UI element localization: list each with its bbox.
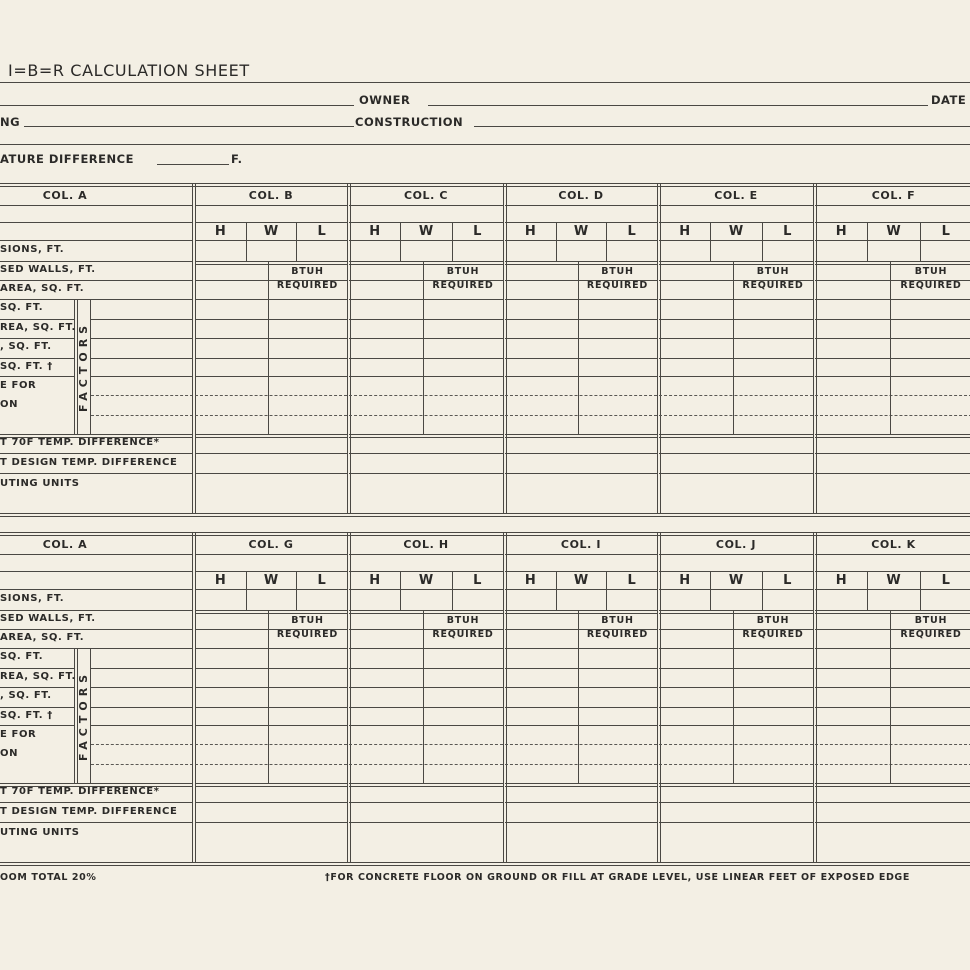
column-rule	[659, 589, 813, 590]
column-rule	[815, 434, 970, 438]
btuh-required-header: BTUHREQUIRED	[268, 265, 347, 293]
room-total-note: OOM TOTAL 20%	[0, 872, 96, 883]
row-label-heating-units: UTING UNITS	[0, 827, 80, 838]
column-rule	[659, 629, 733, 630]
column-rule	[815, 571, 970, 572]
required-label: REQUIRED	[733, 628, 813, 642]
btuh-label: BTUH	[578, 265, 657, 279]
column-rule	[815, 589, 970, 590]
temperature-difference-label: ATURE DIFFERENCE	[0, 152, 134, 166]
dimension-input-w[interactable]	[403, 242, 448, 258]
column-header: COL. E	[659, 189, 813, 202]
dimension-input-h[interactable]	[198, 591, 243, 607]
column-cold: COL. DHWLBTUHREQUIRED	[505, 183, 657, 513]
factor-rule	[91, 668, 193, 669]
col-a-rule	[0, 589, 193, 590]
column-rule	[815, 725, 970, 726]
hwl-divider	[296, 222, 297, 261]
column-header: COL. G	[195, 538, 347, 551]
row-label-area-sq-ft: REA, SQ. FT.	[0, 322, 76, 333]
column-rule	[815, 240, 970, 241]
column-header: COL. C	[349, 189, 503, 202]
dimension-header-w: W	[556, 573, 607, 588]
column-rule	[349, 280, 423, 281]
column-rule	[195, 358, 347, 359]
dimension-header-w: W	[867, 224, 919, 239]
hwl-divider	[710, 571, 711, 610]
dimension-input-h[interactable]	[508, 242, 553, 258]
dimension-input-w[interactable]	[870, 591, 916, 607]
column-rule	[349, 473, 503, 474]
dimension-header-w: W	[710, 224, 761, 239]
column-rule	[659, 338, 813, 339]
block-bottom-border	[0, 513, 970, 517]
column-rule	[815, 783, 970, 787]
column-rule	[505, 802, 657, 803]
column-rule	[815, 376, 970, 377]
col-a-rule	[0, 687, 74, 688]
column-dashed-rule	[659, 415, 813, 416]
factor-rule	[91, 725, 193, 726]
column-rule	[659, 473, 813, 474]
dimension-input-l[interactable]	[455, 242, 500, 258]
btuh-label: BTUH	[268, 265, 347, 279]
col-a-header: COL. A	[0, 538, 130, 551]
col-a-rule	[0, 222, 193, 223]
column-rule	[195, 299, 347, 300]
factor-dashed-rule	[91, 395, 193, 396]
btuh-required-header: BTUHREQUIRED	[733, 265, 813, 293]
col-a-rule	[0, 822, 193, 823]
dimension-input-h[interactable]	[662, 591, 707, 607]
column-rule	[659, 571, 813, 572]
column-rule	[349, 358, 503, 359]
column-rule	[505, 571, 657, 572]
btuh-label: BTUH	[890, 614, 970, 628]
column-rule	[349, 240, 503, 241]
dimension-header-l: L	[606, 573, 657, 588]
col-a-rule	[0, 358, 74, 359]
column-dashed-rule	[349, 395, 503, 396]
column-rule	[195, 434, 347, 438]
dimension-header-h: H	[349, 573, 400, 588]
dimension-input-h[interactable]	[662, 242, 707, 258]
col-a-rule	[0, 299, 193, 300]
dimension-header-h: H	[659, 573, 710, 588]
column-rule	[659, 725, 813, 726]
column-rule	[659, 205, 813, 206]
dimension-header-l: L	[606, 224, 657, 239]
row-label-sq-ft-2: , SQ. FT.	[0, 690, 52, 701]
column-rule	[505, 299, 657, 300]
column-rule	[815, 629, 890, 630]
date-label: DATE	[931, 93, 966, 107]
column-rule	[349, 554, 503, 555]
col-a-rule	[0, 668, 74, 669]
hwl-divider	[400, 571, 401, 610]
column-rule	[505, 648, 657, 649]
btuh-label: BTUH	[423, 614, 503, 628]
column-rule	[659, 554, 813, 555]
dimension-header-h: H	[505, 573, 556, 588]
column-rule	[815, 358, 970, 359]
temperature-difference-field[interactable]	[157, 164, 229, 165]
dimension-header-h: H	[195, 224, 246, 239]
column-header: COL. I	[505, 538, 657, 551]
column-rule	[505, 589, 657, 590]
hwl-divider	[920, 222, 921, 261]
col-a-rule	[0, 261, 193, 262]
column-colc: COL. CHWLBTUHREQUIRED	[349, 183, 503, 513]
column-rule	[195, 453, 347, 454]
col-a-rule	[0, 571, 193, 572]
column-rule	[505, 687, 657, 688]
row-label-dimensions: SIONS, FT.	[0, 244, 64, 255]
column-rule	[505, 822, 657, 823]
btuh-required-header: BTUHREQUIRED	[890, 614, 970, 642]
factor-rule	[91, 376, 193, 377]
calc-block-2: COL. AFACTORSSIONS, FT.SED WALLS, FT.ARE…	[0, 532, 970, 864]
hwl-divider	[452, 222, 453, 261]
column-rule	[815, 222, 970, 223]
dimension-input-h[interactable]	[352, 242, 397, 258]
dimension-header-w: W	[710, 573, 761, 588]
dimension-header-h: H	[659, 224, 710, 239]
dimension-header-h: H	[815, 224, 867, 239]
column-rule	[659, 648, 813, 649]
column-header: COL. K	[815, 538, 970, 551]
hwl-divider	[606, 571, 607, 610]
column-dashed-rule	[195, 415, 347, 416]
column-rule	[195, 648, 347, 649]
dimension-input-h[interactable]	[508, 591, 553, 607]
column-rule	[659, 299, 813, 300]
hwl-divider	[556, 222, 557, 261]
column-rule	[505, 338, 657, 339]
dimension-input-l[interactable]	[609, 242, 654, 258]
column-rule	[195, 376, 347, 377]
dimension-input-w[interactable]	[559, 591, 604, 607]
column-rule	[195, 707, 347, 708]
column-rule	[815, 205, 970, 206]
dimension-input-w[interactable]	[713, 591, 758, 607]
column-colj: COL. JHWLBTUHREQUIRED	[659, 532, 813, 862]
block-bottom-border	[0, 862, 970, 866]
column-rule	[659, 687, 813, 688]
column-rule	[505, 453, 657, 454]
hwl-divider	[452, 571, 453, 610]
hwl-divider	[867, 222, 868, 261]
column-dashed-rule	[349, 764, 503, 765]
dimension-input-w[interactable]	[870, 242, 916, 258]
dimension-header-l: L	[296, 224, 347, 239]
col-a-rule	[0, 648, 193, 649]
column-rule	[505, 668, 657, 669]
dimension-input-h[interactable]	[198, 242, 243, 258]
row-label-sq-ft-2: , SQ. FT.	[0, 341, 52, 352]
dimension-input-l[interactable]	[765, 591, 810, 607]
column-dashed-rule	[195, 395, 347, 396]
col-a-rule	[0, 610, 193, 611]
row-label-at-70f: T 70F TEMP. DIFFERENCE*	[0, 786, 160, 797]
dimension-input-l[interactable]	[299, 591, 344, 607]
owner-field-line[interactable]	[428, 105, 928, 106]
column-rule	[195, 783, 347, 787]
row-label-heating-units: UTING UNITS	[0, 478, 80, 489]
row-label-allowance-for: E FOR	[0, 380, 36, 391]
dimension-header-h: H	[505, 224, 556, 239]
column-rule	[815, 802, 970, 803]
column-rule	[349, 453, 503, 454]
construction-label: CONSTRUCTION	[355, 115, 463, 129]
column-dashed-rule	[195, 744, 347, 745]
column-rule	[659, 783, 813, 787]
dimension-input-w[interactable]	[249, 242, 294, 258]
column-colg: COL. GHWLBTUHREQUIRED	[195, 532, 347, 862]
column-rule	[659, 358, 813, 359]
title-rule	[0, 82, 970, 83]
factor-dashed-rule	[91, 744, 193, 745]
row-label-sq-ft-1: SQ. FT.	[0, 651, 43, 662]
column-rule	[195, 571, 347, 572]
btuh-label: BTUH	[423, 265, 503, 279]
column-rule	[815, 648, 970, 649]
column-rule	[349, 338, 503, 339]
column-rule	[659, 707, 813, 708]
btuh-label: BTUH	[733, 265, 813, 279]
col-a-rule	[0, 473, 193, 474]
dimension-input-w[interactable]	[713, 242, 758, 258]
hwl-divider	[867, 571, 868, 610]
column-rule	[505, 222, 657, 223]
hwl-divider	[762, 571, 763, 610]
column-rule	[349, 299, 503, 300]
col-a-rule	[0, 240, 193, 241]
required-label: REQUIRED	[733, 279, 813, 293]
column-dashed-rule	[349, 415, 503, 416]
column-rule	[505, 319, 657, 320]
column-header: COL. H	[349, 538, 503, 551]
column-header: COL. B	[195, 189, 347, 202]
column-rule	[659, 434, 813, 438]
column-colf: COL. FHWLBTUHREQUIRED	[815, 183, 970, 513]
row-label-allowance-on: ON	[0, 399, 18, 410]
dimension-input-w[interactable]	[403, 591, 448, 607]
factors-vertical-label: FACTORS	[77, 652, 91, 779]
column-dashed-rule	[505, 764, 657, 765]
required-label: REQUIRED	[578, 279, 657, 293]
row-label-at-70f: T 70F TEMP. DIFFERENCE*	[0, 437, 160, 448]
column-rule	[195, 629, 268, 630]
column-rule	[349, 222, 503, 223]
dimension-header-h: H	[195, 573, 246, 588]
building-label: NG	[0, 115, 20, 129]
column-rule	[195, 589, 347, 590]
column-dashed-rule	[659, 744, 813, 745]
factor-rule	[91, 687, 193, 688]
column-rule	[659, 822, 813, 823]
column-colh: COL. HHWLBTUHREQUIRED	[349, 532, 503, 862]
column-dashed-rule	[815, 764, 970, 765]
column-rule	[195, 240, 347, 241]
btuh-label: BTUH	[578, 614, 657, 628]
column-rule	[349, 822, 503, 823]
dimension-input-h[interactable]	[352, 591, 397, 607]
col-a-rule	[0, 376, 74, 377]
column-dashed-rule	[349, 744, 503, 745]
dimension-input-l[interactable]	[455, 591, 500, 607]
factor-dashed-rule	[91, 764, 193, 765]
row-label-dimensions: SIONS, FT.	[0, 593, 64, 604]
col-a-header: COL. A	[0, 189, 130, 202]
required-label: REQUIRED	[423, 279, 503, 293]
column-rule	[349, 205, 503, 206]
dimension-header-l: L	[920, 224, 970, 239]
btuh-required-header: BTUHREQUIRED	[890, 265, 970, 293]
row-label-allowance-on: ON	[0, 748, 18, 759]
hwl-divider	[920, 571, 921, 610]
hwl-divider	[606, 222, 607, 261]
column-rule	[505, 358, 657, 359]
column-rule	[505, 473, 657, 474]
dimension-header-l: L	[762, 224, 813, 239]
btuh-required-header: BTUHREQUIRED	[578, 614, 657, 642]
hwl-divider	[710, 222, 711, 261]
hwl-divider	[246, 222, 247, 261]
header-rule	[0, 144, 970, 145]
dimension-header-w: W	[246, 573, 297, 588]
column-rule	[659, 240, 813, 241]
building-field-line[interactable]	[24, 126, 354, 127]
column-rule	[505, 240, 657, 241]
col-a-rule	[0, 725, 74, 726]
column-rule	[659, 376, 813, 377]
column-rule	[195, 280, 268, 281]
hwl-divider	[296, 571, 297, 610]
col-a-rule	[0, 453, 193, 454]
column-rule	[815, 473, 970, 474]
column-rule	[505, 707, 657, 708]
column-rule	[349, 648, 503, 649]
column-rule	[505, 725, 657, 726]
column-rule	[815, 338, 970, 339]
col-a-rule	[0, 802, 193, 803]
column-rule	[505, 554, 657, 555]
column-rule	[349, 687, 503, 688]
btuh-required-header: BTUHREQUIRED	[578, 265, 657, 293]
col-a-rule	[0, 629, 193, 630]
column-rule	[349, 783, 503, 787]
dimension-input-l[interactable]	[923, 591, 969, 607]
required-label: REQUIRED	[268, 628, 347, 642]
column-dashed-rule	[505, 415, 657, 416]
col-a-rule	[0, 707, 74, 708]
column-rule	[349, 376, 503, 377]
column-rule	[659, 668, 813, 669]
dimension-header-l: L	[296, 573, 347, 588]
project-field-line[interactable]	[0, 105, 354, 106]
column-rule	[195, 668, 347, 669]
col-a-rule	[0, 205, 193, 206]
dimension-header-h: H	[349, 224, 400, 239]
column-rule	[659, 802, 813, 803]
column-rule	[349, 707, 503, 708]
column-rule	[815, 687, 970, 688]
column-header: COL. F	[815, 189, 970, 202]
row-label-at-design: T DESIGN TEMP. DIFFERENCE	[0, 457, 177, 468]
dimension-header-l: L	[762, 573, 813, 588]
dimension-input-h[interactable]	[818, 591, 864, 607]
column-rule	[195, 319, 347, 320]
dimension-header-w: W	[556, 224, 607, 239]
column-rule	[815, 822, 970, 823]
dimension-header-l: L	[920, 573, 970, 588]
concrete-floor-footnote: †FOR CONCRETE FLOOR ON GROUND OR FILL AT…	[325, 872, 910, 883]
required-label: REQUIRED	[423, 628, 503, 642]
row-label-sq-ft-1: SQ. FT.	[0, 302, 43, 313]
column-rule	[815, 707, 970, 708]
column-rule	[349, 668, 503, 669]
column-rule	[195, 822, 347, 823]
column-rule	[349, 802, 503, 803]
col-a-rule	[0, 554, 193, 555]
dimension-input-w[interactable]	[249, 591, 294, 607]
column-rule	[195, 554, 347, 555]
column-rule	[505, 205, 657, 206]
owner-label: OWNER	[359, 93, 410, 107]
column-coli: COL. IHWLBTUHREQUIRED	[505, 532, 657, 862]
dimension-input-l[interactable]	[765, 242, 810, 258]
column-rule	[195, 205, 347, 206]
column-dashed-rule	[815, 415, 970, 416]
btuh-required-header: BTUHREQUIRED	[423, 265, 503, 293]
dimension-input-l[interactable]	[609, 591, 654, 607]
calc-block-1: COL. AFACTORSSIONS, FT.SED WALLS, FT.ARE…	[0, 183, 970, 515]
dimension-input-l[interactable]	[923, 242, 969, 258]
construction-field-line[interactable]	[474, 126, 970, 127]
column-rule	[195, 725, 347, 726]
column-dashed-rule	[505, 395, 657, 396]
factors-vertical-label: FACTORS	[77, 303, 91, 430]
hwl-divider	[762, 222, 763, 261]
column-rule	[505, 280, 578, 281]
column-header: COL. J	[659, 538, 813, 551]
dimension-input-l[interactable]	[299, 242, 344, 258]
dimension-input-w[interactable]	[559, 242, 604, 258]
temperature-unit: F.	[231, 152, 243, 166]
column-rule	[505, 376, 657, 377]
required-label: REQUIRED	[890, 279, 970, 293]
column-dashed-rule	[505, 744, 657, 745]
column-rule	[195, 802, 347, 803]
column-rule	[349, 725, 503, 726]
dimension-header-l: L	[452, 224, 503, 239]
column-dashed-rule	[815, 395, 970, 396]
row-label-exposed-walls: SED WALLS, FT.	[0, 264, 96, 275]
column-rule	[815, 299, 970, 300]
hwl-divider	[556, 571, 557, 610]
dimension-input-h[interactable]	[818, 242, 864, 258]
column-dashed-rule	[659, 395, 813, 396]
column-rule	[659, 280, 733, 281]
column-rule	[195, 338, 347, 339]
dimension-header-w: W	[400, 573, 451, 588]
row-label-sq-ft-dagger: SQ. FT. †	[0, 361, 53, 372]
column-dashed-rule	[815, 744, 970, 745]
row-label-at-design: T DESIGN TEMP. DIFFERENCE	[0, 806, 177, 817]
page-title: I=B=R CALCULATION SHEET	[8, 61, 250, 80]
btuh-label: BTUH	[890, 265, 970, 279]
